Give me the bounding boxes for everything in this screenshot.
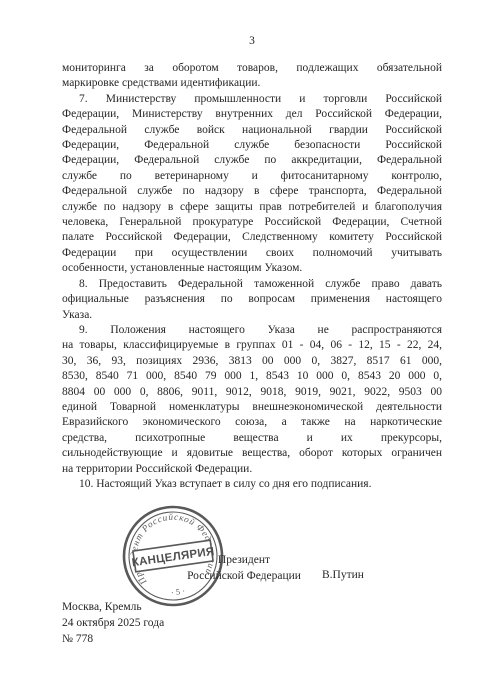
text-line: маркировке средствами идентификации. (62, 76, 442, 91)
text-line: Федерации, Федеральной службе по аккреди… (62, 153, 442, 168)
text-line: Федерации, Федеральной службе безопаснос… (62, 138, 442, 153)
text-line: мониторинга за оборотом товаров, подлежа… (62, 61, 442, 76)
text-line: 8. Предоставить Федеральной таможенной с… (62, 277, 442, 292)
footer-number: № 778 (62, 632, 164, 648)
text-line: Указа. (62, 308, 442, 323)
text-line: 8804 00 000 0, 8806, 9011, 9012, 9018, 9… (62, 385, 442, 400)
text-line: Федерации, Министерству внутренних дел Р… (62, 107, 442, 122)
text-line: сильнодействующие и ядовитые вещества, о… (62, 446, 442, 461)
text-line: 8530, 8540 71 000, 8540 79 000 1, 8543 1… (62, 369, 442, 384)
stamp-number: · 5 · (170, 586, 185, 598)
text-line: средства, психотропные вещества и их пре… (62, 431, 442, 446)
signature-name: В.Путин (322, 569, 364, 581)
text-line: Федеральной службе войск национальной гв… (62, 123, 442, 138)
text-line: особенности, установленные настоящим Ука… (62, 261, 442, 276)
text-line: на территории Российской Федерации. (62, 462, 442, 477)
text-line: службе по надзору в сфере защиты прав по… (62, 200, 442, 215)
page-number: 3 (62, 35, 442, 47)
text-line: 7. Министерству промышленности и торговл… (62, 92, 442, 107)
text-line: человека, Генеральной прокуратуре Россий… (62, 215, 442, 230)
footer-block: Москва, Кремль 24 октября 2025 года № 77… (62, 600, 164, 647)
text-line: палате Российской Федерации, Следственно… (62, 230, 442, 245)
signature-title-line1: Президент (180, 553, 308, 569)
text-line: Федерации при осуществлении своих полном… (62, 246, 442, 261)
document-page: 3 мониторинга за оборотом товаров, подле… (0, 0, 496, 700)
text-line: службе по ветеринарному и фитосанитарном… (62, 169, 442, 184)
signature-title: Президент Российской Федерации (180, 553, 308, 584)
footer-date: 24 октября 2025 года (62, 616, 164, 632)
text-line: Федеральной службе по надзору в сфере тр… (62, 184, 442, 199)
text-line: 10. Настоящий Указ вступает в силу со дн… (62, 477, 442, 492)
text-line: 9. Положения настоящего Указа не распрос… (62, 323, 442, 338)
signature-title-line2: Российской Федерации (180, 569, 308, 585)
text-line: единой Товарной номенклатуры внешнеэконо… (62, 400, 442, 415)
text-line: на товары, классифицируемые в группах 01… (62, 338, 442, 353)
text-line: официальные разъяснения по вопросам прим… (62, 292, 442, 307)
document-body: мониторинга за оборотом товаров, подлежа… (62, 61, 442, 492)
text-line: 30, 36, 93, позициях 2936, 3813 00 000 0… (62, 354, 442, 369)
text-line: Евразийского экономического союза, а так… (62, 415, 442, 430)
footer-place: Москва, Кремль (62, 600, 164, 616)
